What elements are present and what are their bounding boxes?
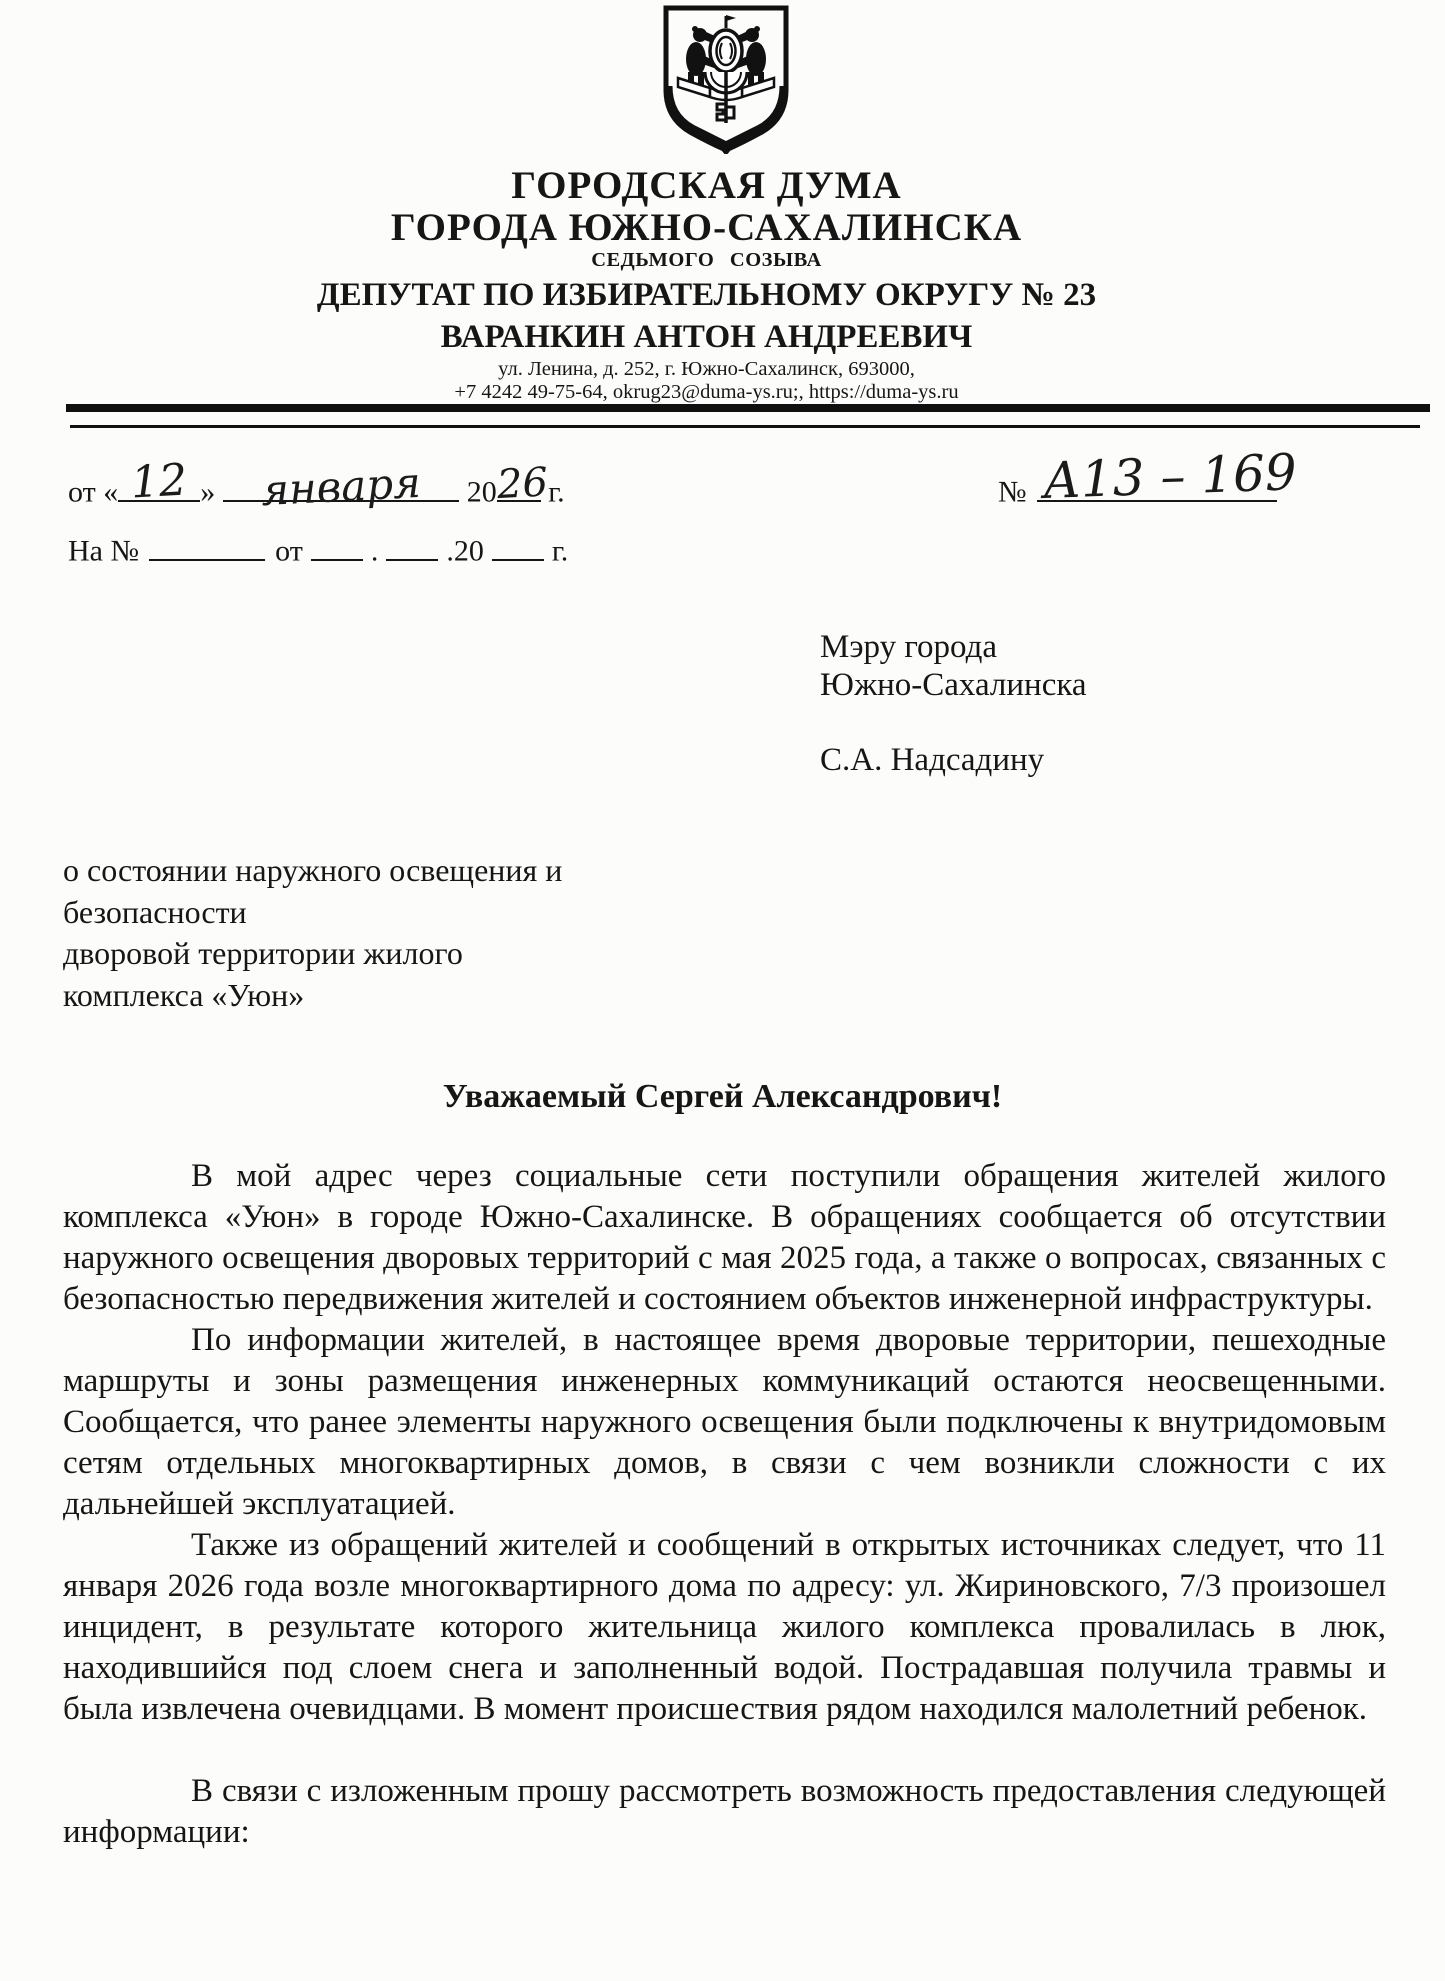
subject-line: о состоянии наружного освещения и <box>63 850 562 892</box>
subject-line: безопасности <box>63 892 562 934</box>
letter-body: В мой адрес через социальные сети поступ… <box>63 1156 1386 1853</box>
incoming-number-field <box>149 527 265 561</box>
paragraph: В мой адрес через социальные сети поступ… <box>63 1156 1386 1320</box>
incoming-label: На № <box>68 535 139 568</box>
incoming-month-field <box>386 527 438 561</box>
recipient-block: Мэру города Южно-Сахалинска С.А. Надсади… <box>820 628 1087 779</box>
convocation-line: СЕДЬМОГО СОЗЫВА <box>0 249 1413 272</box>
recipient-city: Южно-Сахалинска <box>820 666 1087 704</box>
deputy-district-line: ДЕПУТАТ ПО ИЗБИРАТЕЛЬНОМУ ОКРУГУ № 23 <box>0 277 1413 314</box>
paragraph: По информации жителей, в настоящее время… <box>63 1320 1386 1525</box>
date-year-field: 26 <box>497 468 541 502</box>
scanned-letter-page: ГОРОДСКАЯ ДУМА ГОРОДА ЮЖНО-САХАЛИНСКА СЕ… <box>0 0 1445 1981</box>
outgoing-number-field: А13 – 169 <box>1037 468 1277 502</box>
separator-rule-thick <box>66 404 1430 412</box>
handwritten-day: 12 <box>117 457 201 505</box>
outgoing-date-line: от «12»января 2026 г. <box>68 468 565 510</box>
date-prefix: от « <box>68 476 118 509</box>
incoming-day-field <box>311 527 363 561</box>
org-name-line-1: ГОРОДСКАЯ ДУМА <box>0 163 1413 208</box>
date-close-quote: » <box>200 476 215 509</box>
incoming-year-field <box>492 527 544 561</box>
incoming-year-prefix: .20 <box>446 535 484 568</box>
handwritten-outgoing-number: А13 – 169 <box>1036 447 1278 505</box>
incoming-reference-line: На №от..20г. <box>68 527 568 569</box>
handwritten-month: января <box>222 459 460 513</box>
salutation: Уважаемый Сергей Александрович! <box>0 1078 1445 1116</box>
date-day-field: 12 <box>118 468 200 502</box>
recipient-title: Мэру города <box>820 628 1087 666</box>
number-label: № <box>998 476 1027 509</box>
coat-of-arms-icon <box>660 4 792 154</box>
subject-block: о состоянии наружного освещения и безопа… <box>63 850 562 1016</box>
paragraph: Также из обращений жителей и сообщений в… <box>63 1525 1386 1730</box>
address-line: ул. Ленина, д. 252, г. Южно-Сахалинск, 6… <box>0 358 1413 381</box>
deputy-name-line: ВАРАНКИН АНТОН АНДРЕЕВИЧ <box>0 319 1413 356</box>
paragraph: В связи с изложенным прошу рассмотреть в… <box>63 1771 1386 1853</box>
subject-line: комплекса «Уюн» <box>63 975 562 1017</box>
recipient-name: С.А. Надсадину <box>820 741 1087 779</box>
separator-rule-thin <box>70 425 1420 428</box>
org-name-line-2: ГОРОДА ЮЖНО-САХАЛИНСКА <box>0 205 1413 250</box>
incoming-suffix: г. <box>552 535 568 568</box>
subject-line: дворовой территории жилого <box>63 933 562 975</box>
handwritten-year: 26 <box>496 462 542 504</box>
date-year-prefix: 20 <box>467 476 497 509</box>
incoming-dot: . <box>371 535 379 568</box>
incoming-from-label: от <box>275 535 303 568</box>
date-month-field: января <box>223 468 459 502</box>
contacts-line: +7 4242 49-75-64, okrug23@duma-ys.ru;, h… <box>0 381 1413 404</box>
outgoing-number-line: №А13 – 169 <box>998 468 1277 510</box>
